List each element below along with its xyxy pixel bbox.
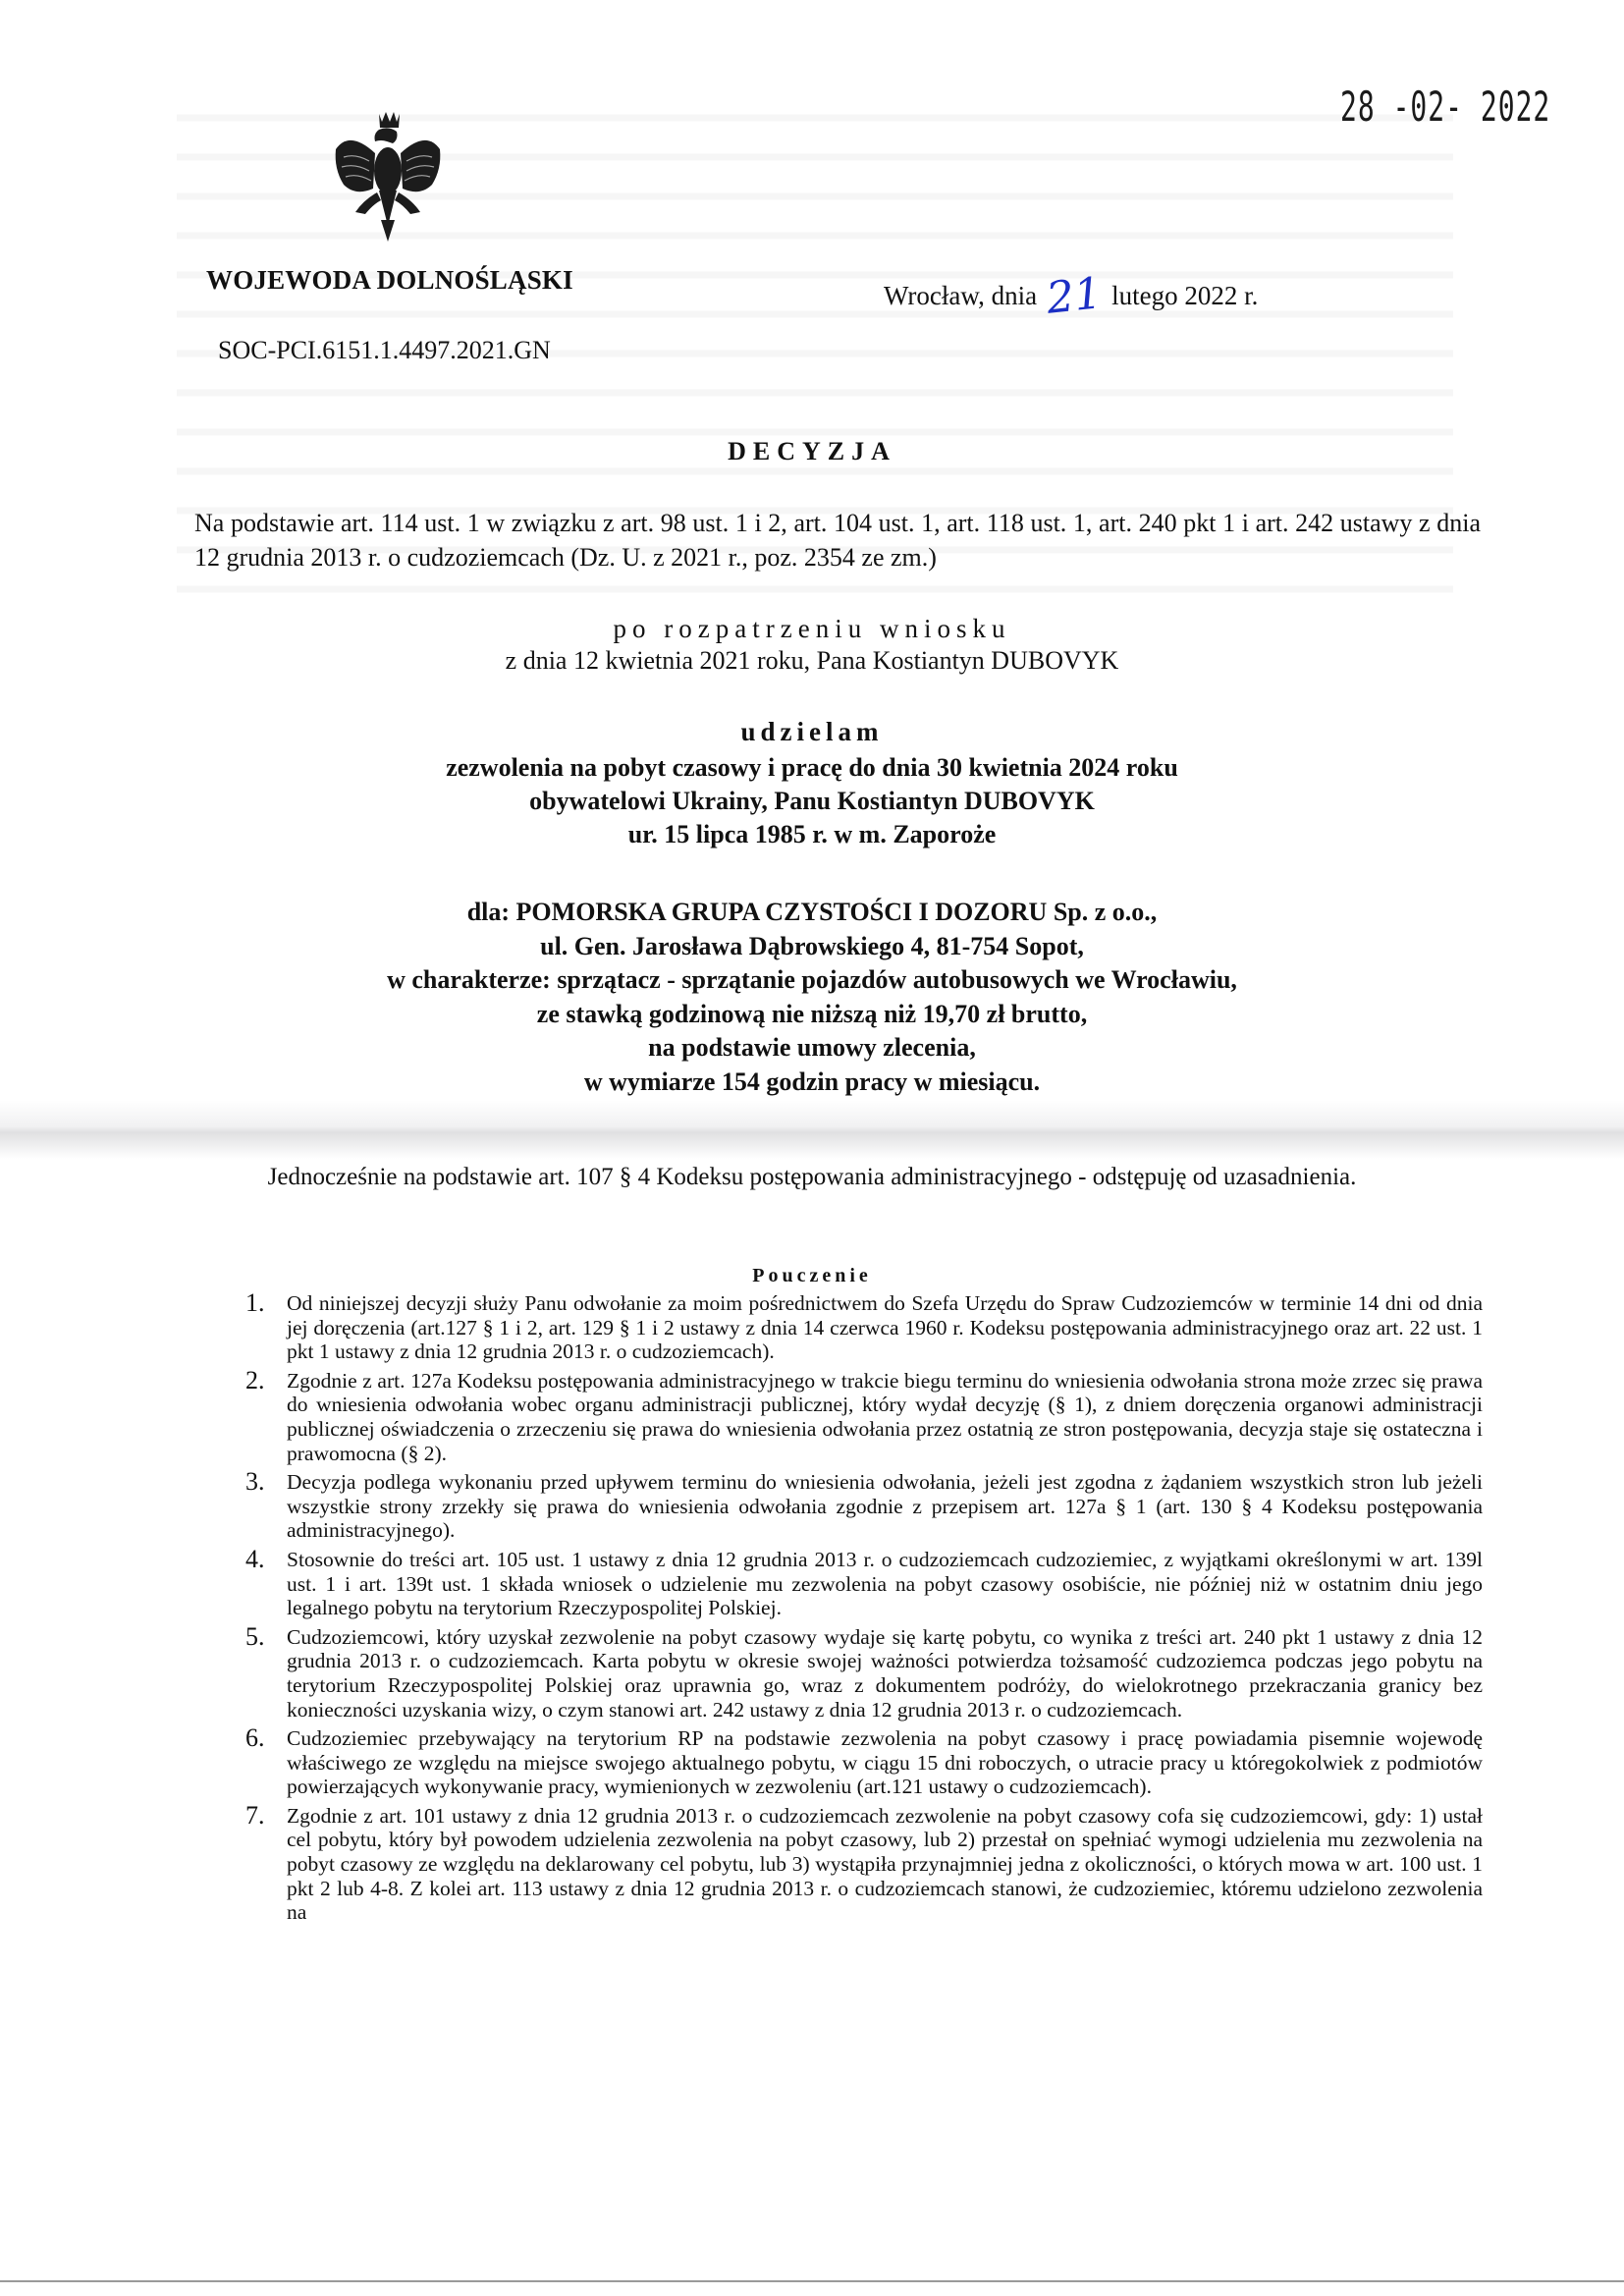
issuing-authority: WOJEWODA DOLNOŚLĄSKI: [206, 265, 573, 296]
instruction-text: Zgodnie z art. 127a Kodeksu postępowania…: [287, 1369, 1483, 1465]
scan-bottom-edge: [0, 2280, 1624, 2282]
grant-heading: udzielam: [0, 717, 1624, 747]
instruction-item: 3. Decyzja podlega wykonaniu przed upływ…: [245, 1470, 1483, 1543]
justification-exemption: Jednocześnie na podstawie art. 107 § 4 K…: [0, 1164, 1624, 1191]
instruction-item: 4. Stosownie do treści art. 105 ust. 1 u…: [245, 1548, 1483, 1620]
instruction-number: 5.: [245, 1625, 265, 1650]
instruction-item: 7. Zgodnie z art. 101 ustawy z dnia 12 g…: [245, 1804, 1483, 1925]
hourly-rate: ze stawką godzinową nie niższą niż 19,70…: [0, 998, 1624, 1032]
employer-address: ul. Gen. Jarosława Dąbrowskiego 4, 81-75…: [0, 930, 1624, 964]
instruction-text: Cudzoziemiec przebywający na terytorium …: [287, 1726, 1483, 1798]
instruction-number: 7.: [245, 1804, 265, 1829]
instruction-number: 4.: [245, 1548, 265, 1572]
employer-block: dla: POMORSKA GRUPA CZYSTOŚCI I DOZORU S…: [0, 896, 1624, 1099]
working-hours: w wymiarze 154 godzin pracy w miesiącu.: [0, 1066, 1624, 1100]
polish-eagle-emblem-icon: [330, 110, 446, 244]
grant-line-birth: ur. 15 lipca 1985 r. w m. Zaporoże: [0, 818, 1624, 851]
instruction-item: 6. Cudzoziemiec przebywający na terytori…: [245, 1726, 1483, 1799]
decision-title: DECYZJA: [0, 437, 1624, 466]
grant-block: zezwolenia na pobyt czasowy i pracę do d…: [0, 751, 1624, 851]
handwritten-day: 21: [1045, 268, 1105, 324]
grant-line-permit: zezwolenia na pobyt czasowy i pracę do d…: [0, 751, 1624, 785]
place-and-date: Wrocław, dnia21lutego 2022 r.: [884, 265, 1258, 315]
job-position: w charakterze: sprzątacz - sprzątanie po…: [0, 963, 1624, 998]
instruction-item: 2. Zgodnie z art. 127a Kodeksu postępowa…: [245, 1369, 1483, 1465]
legal-basis-paragraph: Na podstawie art. 114 ust. 1 w związku z…: [194, 506, 1481, 574]
instruction-item: 5. Cudzoziemcowi, który uzyskał zezwolen…: [245, 1625, 1483, 1722]
case-reference-number: SOC-PCI.6151.1.4497.2021.GN: [218, 336, 551, 365]
instruction-number: 1.: [245, 1291, 265, 1316]
received-date-stamp: 28 -02- 2022: [1340, 82, 1550, 132]
paper-fold-line: [0, 1100, 1624, 1159]
place-date-prefix: Wrocław, dnia: [884, 281, 1037, 310]
employer-name: dla: POMORSKA GRUPA CZYSTOŚCI I DOZORU S…: [0, 896, 1624, 930]
instruction-text: Zgodnie z art. 101 ustawy z dnia 12 grud…: [287, 1804, 1483, 1924]
after-review-heading: po rozpatrzeniu wniosku: [0, 614, 1624, 644]
instruction-number: 6.: [245, 1726, 265, 1751]
place-date-suffix: lutego 2022 r.: [1111, 281, 1258, 310]
document-page: 28 -02- 2022 WOJEWODA DOLNOŚLĄSKI SOC-PC…: [0, 0, 1624, 2296]
instructions-title: Pouczenie: [0, 1265, 1624, 1287]
instruction-text: Cudzoziemcowi, który uzyskał zezwolenie …: [287, 1625, 1483, 1722]
instruction-item: 1. Od niniejszej decyzji służy Panu odwo…: [245, 1291, 1483, 1364]
instruction-text: Od niniejszej decyzji służy Panu odwołan…: [287, 1291, 1483, 1363]
instruction-number: 3.: [245, 1470, 265, 1495]
instruction-text: Decyzja podlega wykonaniu przed upływem …: [287, 1470, 1483, 1542]
contract-type: na podstawie umowy zlecenia,: [0, 1031, 1624, 1066]
instruction-text: Stosownie do treści art. 105 ust. 1 usta…: [287, 1548, 1483, 1619]
instructions-list: 1. Od niniejszej decyzji służy Panu odwo…: [245, 1291, 1483, 1930]
grant-line-recipient: obywatelowi Ukrainy, Panu Kostiantyn DUB…: [0, 785, 1624, 818]
application-line: z dnia 12 kwietnia 2021 roku, Pana Kosti…: [0, 646, 1624, 676]
instruction-number: 2.: [245, 1369, 265, 1394]
